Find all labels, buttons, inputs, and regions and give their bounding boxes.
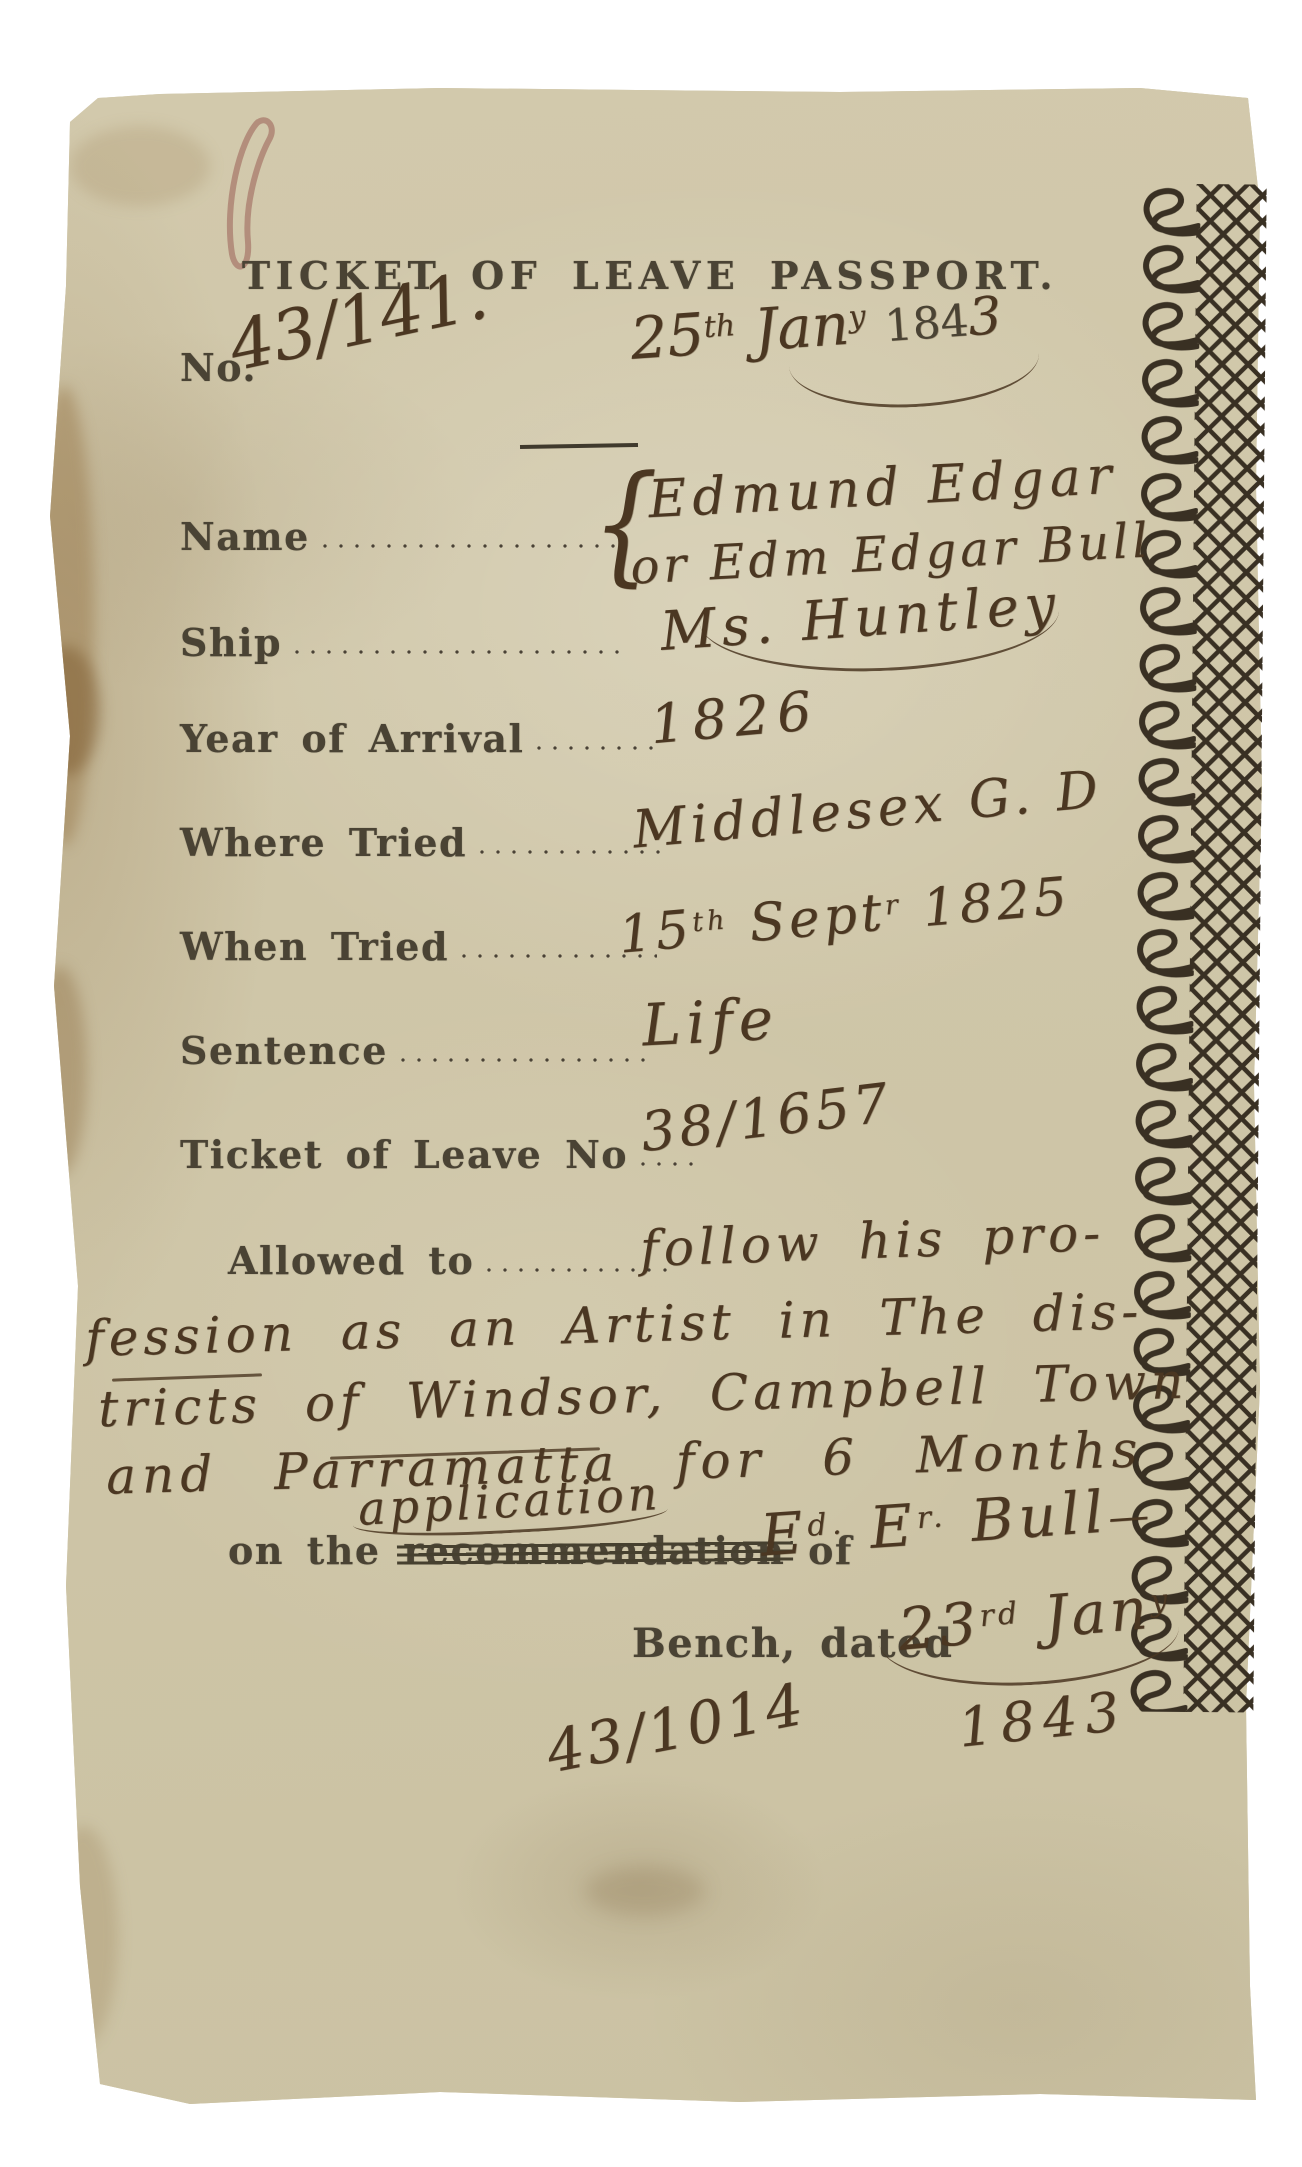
- dotted-leader: [396, 1056, 651, 1064]
- signee-initial1-sup: d.: [806, 1506, 847, 1544]
- field-row-allowed: Allowed to: [228, 1238, 667, 1283]
- when-tried-day: 15: [616, 899, 695, 965]
- bench-month-suffix: y: [1149, 1583, 1173, 1620]
- recommendation-line: on the recommendation of: [228, 1528, 853, 1573]
- edge-stain: [32, 966, 87, 1176]
- dotted-leader: [482, 1266, 667, 1274]
- issue-day-suffix: th: [702, 308, 736, 345]
- recommendation-prefix: on the: [228, 1528, 381, 1573]
- signee-initial1: E: [758, 1499, 810, 1570]
- issue-month: Jan: [752, 290, 852, 364]
- where-tried-label: Where Tried: [180, 820, 467, 865]
- edge-stain: [30, 646, 100, 776]
- dotted-leader: [318, 542, 626, 550]
- when-tried-label: When Tried: [180, 924, 449, 969]
- when-tried-month-suffix: r: [884, 889, 904, 921]
- signee-initial2-sup: r.: [915, 1499, 948, 1536]
- when-tried-month: Sept: [747, 883, 888, 955]
- edge-stain: [34, 386, 94, 846]
- issue-month-suffix: y: [847, 299, 866, 335]
- allowed-label: Allowed to: [228, 1238, 474, 1283]
- field-row-where-tried: Where Tried: [180, 820, 665, 865]
- when-tried-day-suffix: th: [691, 904, 730, 938]
- signee-initial2: E: [868, 1491, 920, 1562]
- document-scan: TICKET OF LEAVE PASSPORT. No. 43/141. 25…: [0, 0, 1302, 2167]
- issue-day: 25: [628, 300, 706, 373]
- edge-stain: [48, 1826, 118, 2046]
- strike-lines: [397, 1526, 794, 1575]
- paper-stain: [585, 1866, 705, 1916]
- issue-year-handwritten: 3: [966, 286, 1003, 348]
- struck-word: recommendation: [403, 1528, 785, 1573]
- field-row-when-tried: When Tried: [180, 924, 657, 969]
- issue-year-printed: 184: [883, 295, 970, 352]
- ship-label: Ship: [180, 620, 282, 665]
- field-row-ticket-no: Ticket of Leave No: [180, 1132, 696, 1177]
- corner-stain: [70, 126, 210, 206]
- arrival-label: Year of Arrival: [180, 716, 524, 761]
- signee-surname: Bull: [969, 1478, 1110, 1555]
- ticket-no-label: Ticket of Leave No: [180, 1132, 628, 1177]
- field-row-sentence: Sentence: [180, 1028, 651, 1073]
- field-row-name: Name: [180, 514, 626, 559]
- field-row-ship: Ship: [180, 620, 620, 665]
- signee-flourish: —: [1107, 1490, 1156, 1541]
- sentence-value: Life: [640, 984, 780, 1059]
- sentence-label: Sentence: [180, 1028, 388, 1073]
- field-row-arrival: Year of Arrival: [180, 716, 657, 761]
- dotted-leader: [290, 648, 620, 656]
- dotted-leader: [532, 744, 657, 752]
- name-label: Name: [180, 514, 310, 559]
